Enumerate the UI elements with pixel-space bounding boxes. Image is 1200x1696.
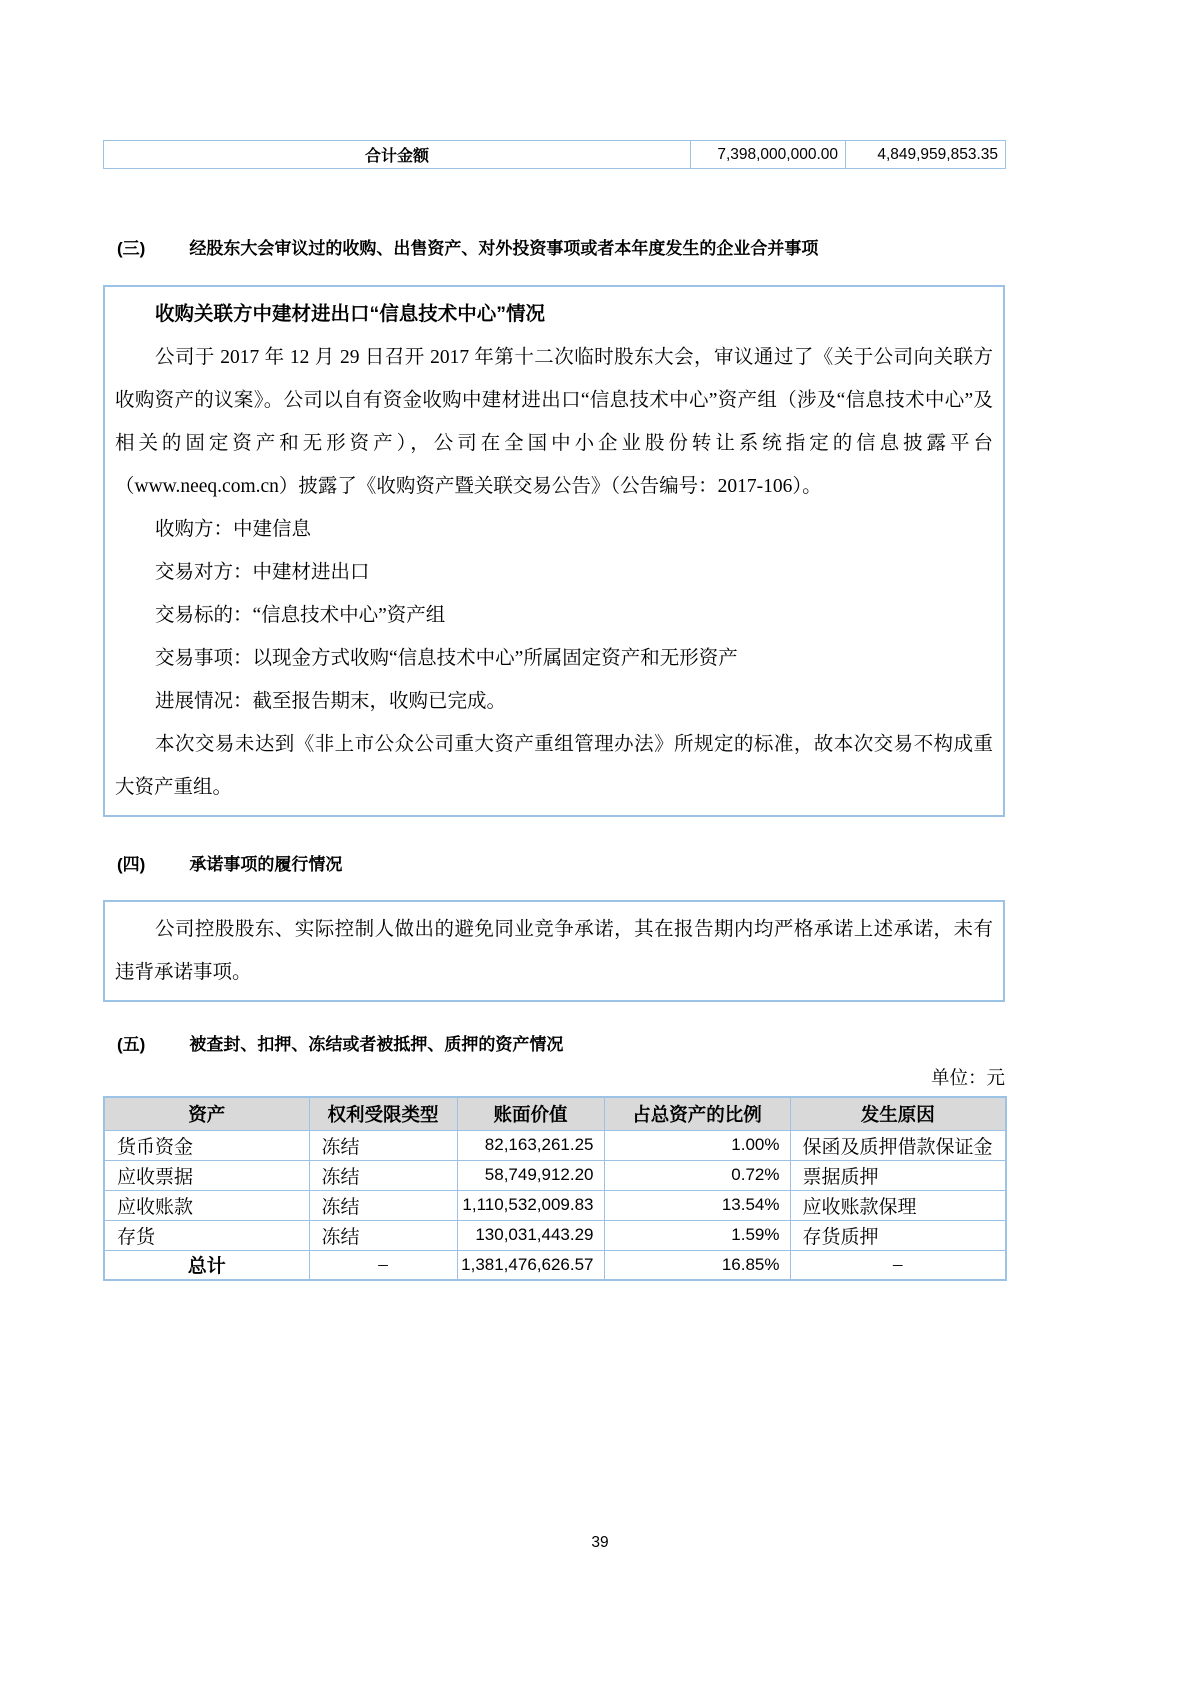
header-ratio: 占总资产的比例 [604, 1097, 790, 1130]
total-reason: – [790, 1250, 1006, 1280]
header-asset: 资产 [104, 1097, 309, 1130]
reason: 应收账款保理 [790, 1190, 1006, 1220]
total-amount-table: 合计金额 7,398,000,000.00 4,849,959,853.35 [103, 140, 1006, 169]
section-3-text-box: 收购关联方中建材进出口“信息技术中心”情况 公司于 2017 年 12 月 29… [103, 285, 1005, 817]
acquisition-paragraph: 公司于 2017 年 12 月 29 日召开 2017 年第十二次临时股东大会，… [115, 336, 993, 508]
ratio-value: 13.54% [604, 1190, 790, 1220]
document-page: 合计金额 7,398,000,000.00 4,849,959,853.35 (… [0, 0, 1200, 1696]
section-3-heading: (三)经股东大会审议过的收购、出售资产、对外投资事项或者本年度发生的企业合并事项 [103, 238, 1063, 260]
total-amount-value-1: 7,398,000,000.00 [691, 141, 846, 169]
section-title: 被查封、扣押、冻结或者被抵押、质押的资产情况 [189, 1035, 563, 1054]
table-row: 应收票据 冻结 58,749,912.20 0.72% 票据质押 [104, 1160, 1006, 1190]
asset-name: 货币资金 [104, 1130, 309, 1160]
table-row: 存货 冻结 130,031,443.29 1.59% 存货质押 [104, 1220, 1006, 1250]
transaction-target-line: 交易标的：“信息技术中心”资产组 [115, 594, 993, 637]
reason: 存货质押 [790, 1220, 1006, 1250]
page-number: 39 [0, 1534, 1200, 1552]
counterparty-line: 交易对方：中建材进出口 [115, 551, 993, 594]
total-ratio: 16.85% [604, 1250, 790, 1280]
restriction-type: 冻结 [309, 1160, 457, 1190]
section-title: 经股东大会审议过的收购、出售资产、对外投资事项或者本年度发生的企业合并事项 [189, 239, 818, 258]
book-value: 58,749,912.20 [457, 1160, 604, 1190]
restriction-type: 冻结 [309, 1130, 457, 1160]
ratio-value: 1.00% [604, 1130, 790, 1160]
reason: 保函及质押借款保证金 [790, 1130, 1006, 1160]
restriction-type: 冻结 [309, 1190, 457, 1220]
total-amount-value-2: 4,849,959,853.35 [846, 141, 1006, 169]
section-4-heading: (四)承诺事项的履行情况 [103, 854, 1063, 876]
section-index: (五) [117, 1035, 145, 1054]
table-row: 货币资金 冻结 82,163,261.25 1.00% 保函及质押借款保证金 [104, 1130, 1006, 1160]
transaction-matter-line: 交易事项：以现金方式收购“信息技术中心”所属固定资产和无形资产 [115, 637, 993, 680]
table-header-row: 资产 权利受限类型 账面价值 占总资产的比例 发生原因 [104, 1097, 1006, 1130]
book-value: 130,031,443.29 [457, 1220, 604, 1250]
header-book-value: 账面价值 [457, 1097, 604, 1130]
section-index: (四) [117, 855, 145, 874]
asset-name: 应收票据 [104, 1160, 309, 1190]
restructuring-paragraph: 本次交易未达到《非上市公众公司重大资产重组管理办法》所规定的标准，故本次交易不构… [115, 723, 993, 809]
table-row: 合计金额 7,398,000,000.00 4,849,959,853.35 [104, 141, 1006, 169]
table-total-row: 总计 – 1,381,476,626.57 16.85% – [104, 1250, 1006, 1280]
total-amount-label: 合计金额 [104, 141, 691, 169]
ratio-value: 0.72% [604, 1160, 790, 1190]
commitment-paragraph: 公司控股股东、实际控制人做出的避免同业竞争承诺，其在报告期内均严格承诺上述承诺，… [115, 908, 993, 994]
header-reason: 发生原因 [790, 1097, 1006, 1130]
acquirer-line: 收购方：中建信息 [115, 508, 993, 551]
total-restriction-type: – [309, 1250, 457, 1280]
acquisition-box-title: 收购关联方中建材进出口“信息技术中心”情况 [115, 293, 993, 336]
section-5-heading: (五)被查封、扣押、冻结或者被抵押、质押的资产情况 [103, 1034, 1063, 1056]
table-row: 应收账款 冻结 1,110,532,009.83 13.54% 应收账款保理 [104, 1190, 1006, 1220]
section-4-text-box: 公司控股股东、实际控制人做出的避免同业竞争承诺，其在报告期内均严格承诺上述承诺，… [103, 900, 1005, 1002]
asset-name: 存货 [104, 1220, 309, 1250]
ratio-value: 1.59% [604, 1220, 790, 1250]
total-label: 总计 [104, 1250, 309, 1280]
section-title: 承诺事项的履行情况 [189, 855, 342, 874]
unit-label: 单位：元 [103, 1064, 1005, 1090]
header-restriction-type: 权利受限类型 [309, 1097, 457, 1130]
progress-line: 进展情况：截至报告期末，收购已完成。 [115, 680, 993, 723]
book-value: 82,163,261.25 [457, 1130, 604, 1160]
total-book-value: 1,381,476,626.57 [457, 1250, 604, 1280]
restricted-assets-table: 资产 权利受限类型 账面价值 占总资产的比例 发生原因 货币资金 冻结 82,1… [103, 1096, 1007, 1281]
reason: 票据质押 [790, 1160, 1006, 1190]
asset-name: 应收账款 [104, 1190, 309, 1220]
restriction-type: 冻结 [309, 1220, 457, 1250]
section-index: (三) [117, 239, 145, 258]
book-value: 1,110,532,009.83 [457, 1190, 604, 1220]
